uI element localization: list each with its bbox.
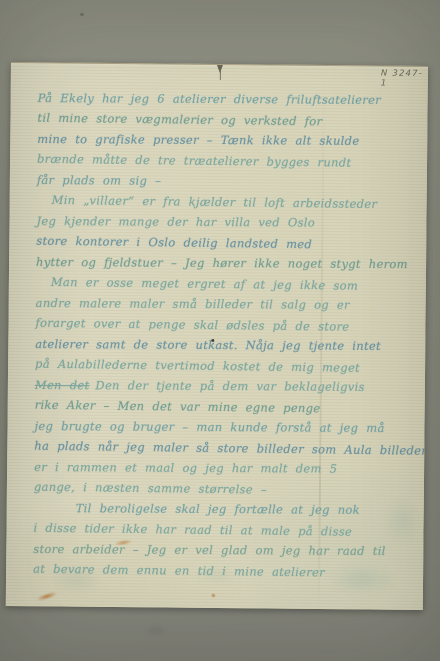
photo-background: N 3247-1 På Ekely har jeg 6 atelierer di…: [0, 0, 440, 661]
handwritten-line: Til beroligelse skal jeg fortælle at jeg…: [34, 498, 412, 521]
background-speck: [80, 13, 84, 16]
handwritten-line: Jeg kjender mange der har villa ved Oslo: [36, 211, 414, 234]
ink-speck: [211, 339, 214, 342]
handwritten-line: store arbeider – Jeg er vel glad om jeg …: [33, 539, 411, 562]
ink-smudge: [54, 568, 100, 590]
ink-smudge: [326, 564, 396, 595]
background-smudge: [148, 626, 164, 635]
handwritten-line-with-strikethrough: Men detDen der tjente på dem var beklage…: [35, 375, 413, 398]
handwritten-line: atelierer samt de store utkast. Nåja jeg…: [35, 334, 413, 357]
letter-paper: N 3247-1 På Ekely har jeg 6 atelierer di…: [6, 62, 428, 610]
foxing-stain: [35, 590, 58, 602]
ink-smudge: [196, 565, 236, 585]
struck-words: Men det: [35, 378, 90, 392]
handwritten-line: er i rammen et maal og jeg har malt dem …: [34, 457, 412, 480]
foxing-stain: [211, 593, 216, 598]
letter-text: På Ekely har jeg 6 atelierer diverse fri…: [33, 87, 416, 583]
handwritten-line: På Ekely har jeg 6 atelierer diverse fri…: [38, 88, 416, 111]
ink-smudge: [384, 497, 418, 545]
handwritten-line: andre malere maler små billeder til salg…: [36, 293, 414, 316]
handwritten-line: får plads om sig –: [37, 170, 415, 193]
handwritten-line: hytter og fjeldstuer – Jeg hører ikke no…: [36, 252, 414, 275]
archive-number: N 3247-1: [381, 69, 428, 89]
handwritten-line: mine to grafiske presser – Tænk ikke alt…: [37, 129, 415, 152]
handwritten-line: jeg brugte og bruger – man kunde forstå …: [34, 416, 412, 439]
fold-notch-slit: [220, 71, 221, 80]
